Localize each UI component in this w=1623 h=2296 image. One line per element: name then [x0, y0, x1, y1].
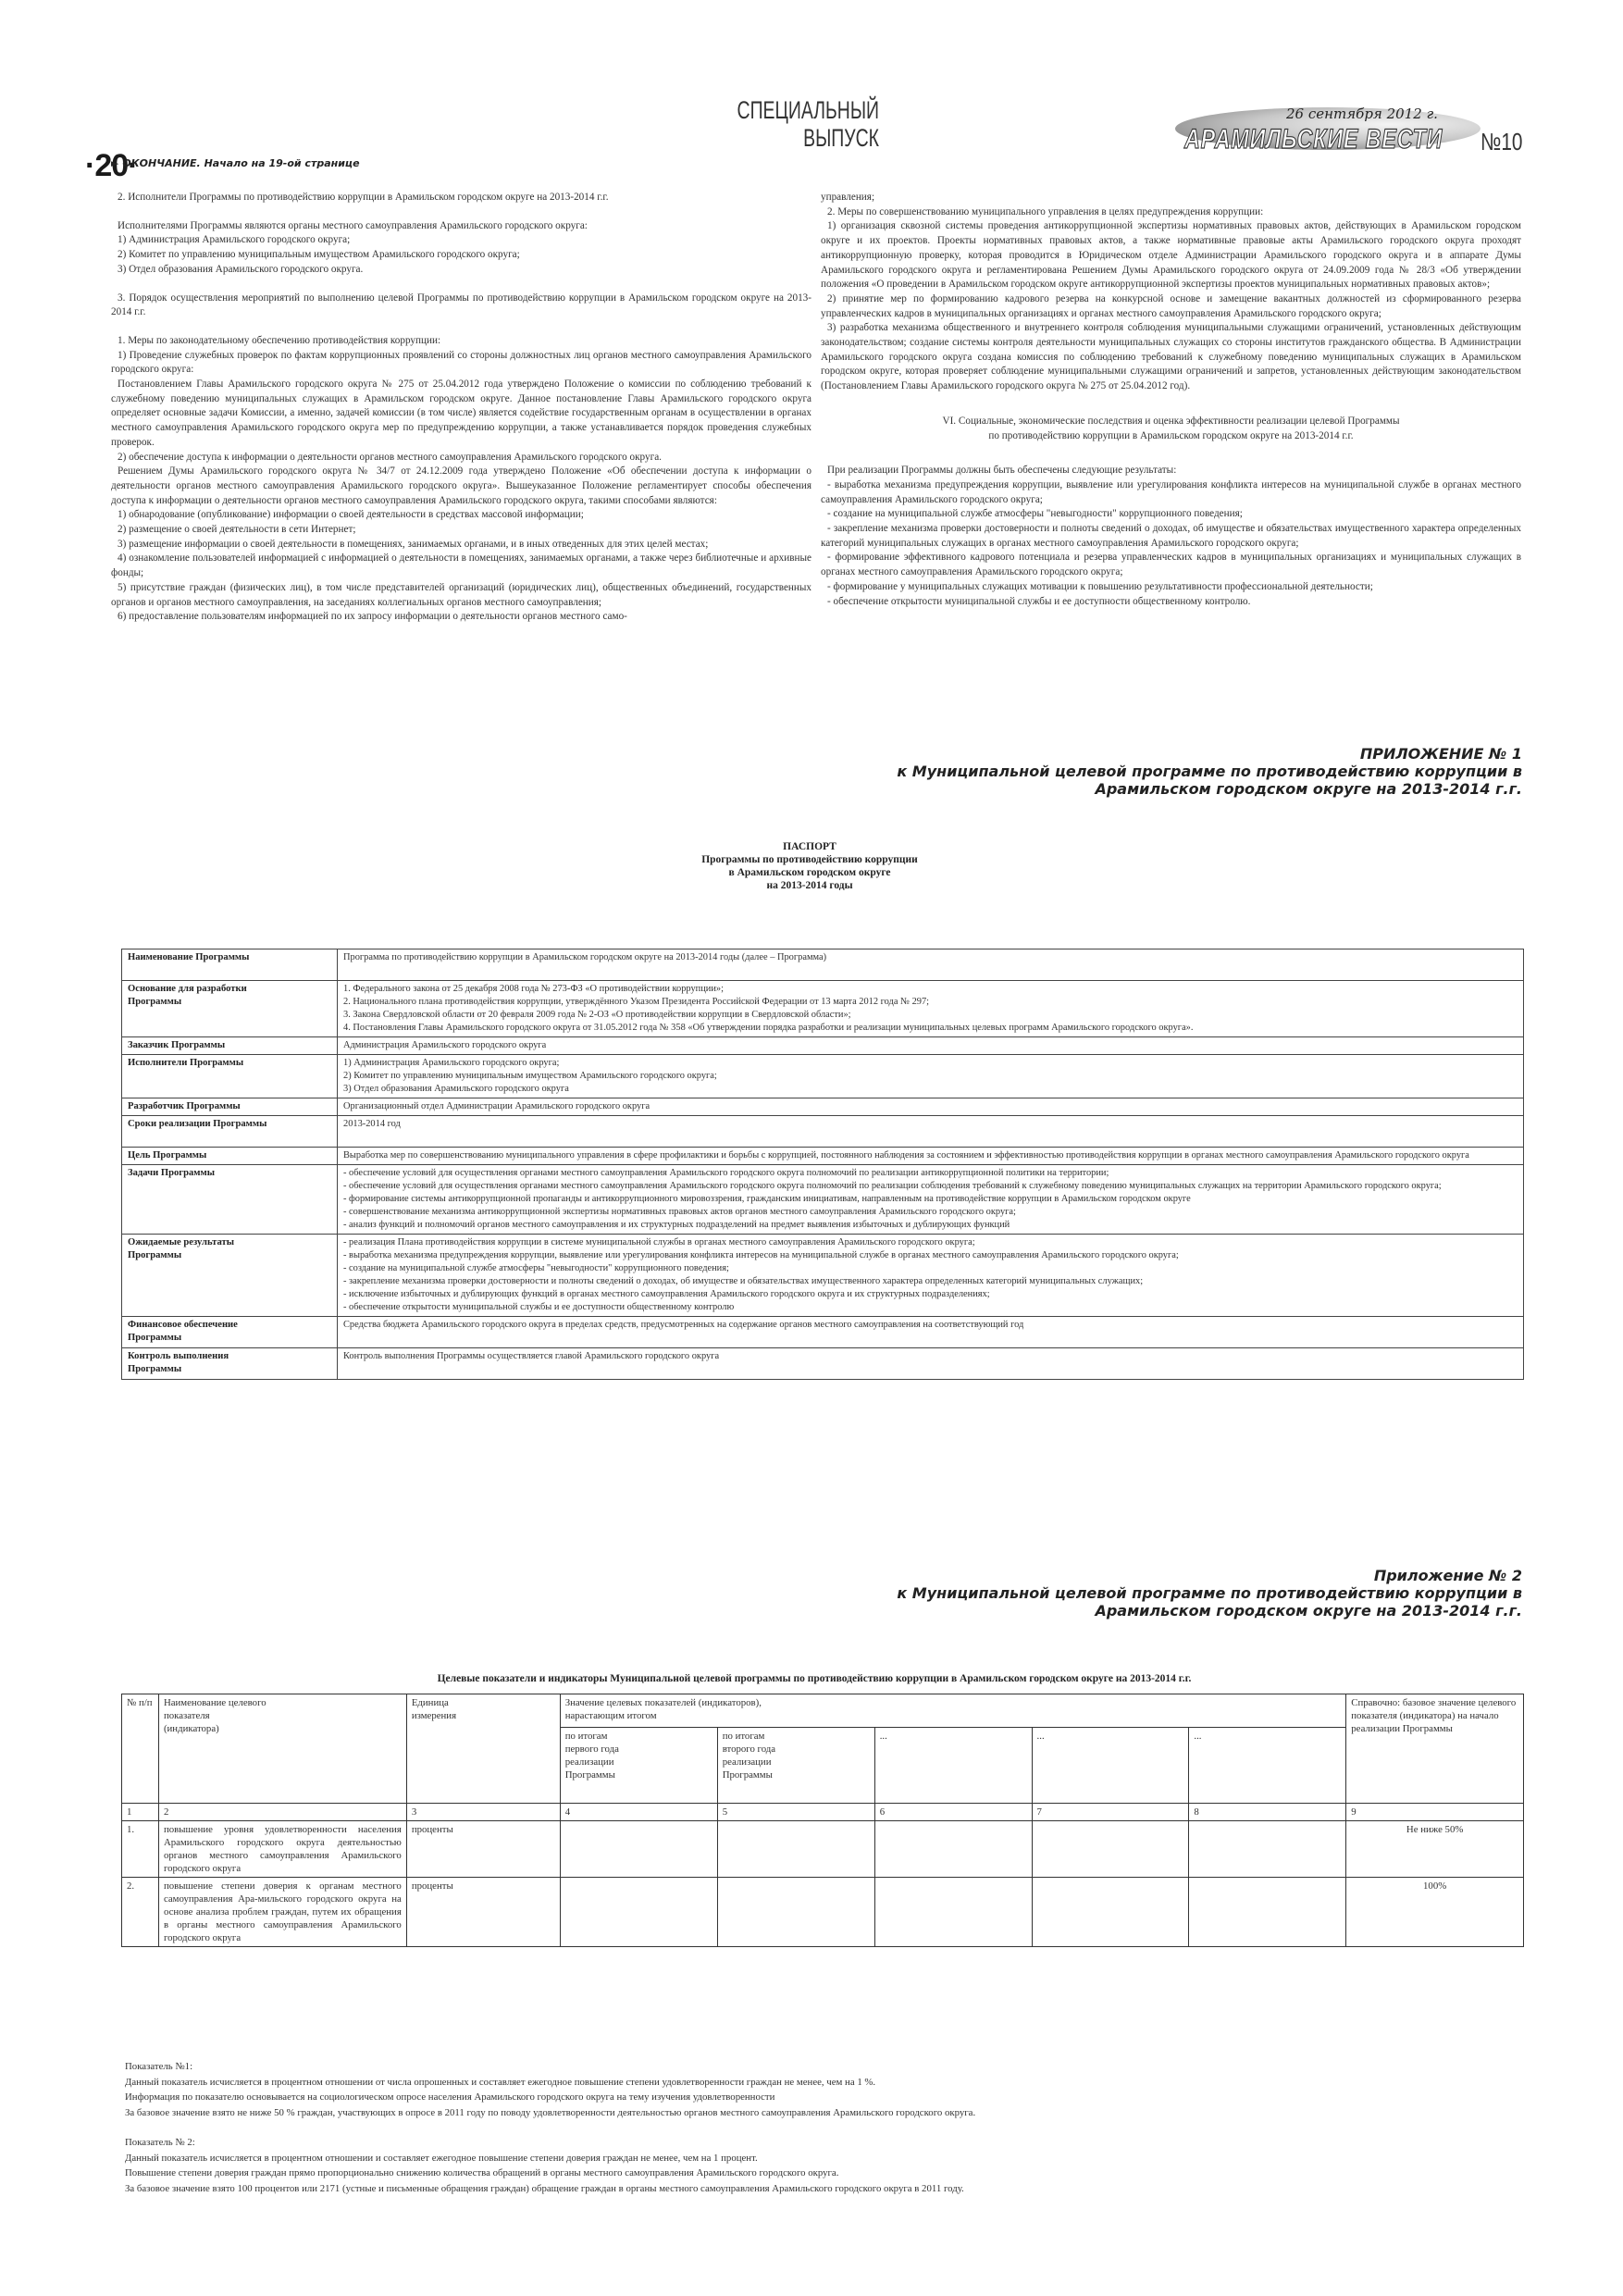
right-paragraph: 2. Меры по совершенствованию муниципальн…	[821, 205, 1521, 220]
passport-value-line: 2) Комитет по управлению муниципальным и…	[343, 1070, 1518, 1083]
column-number-cell: 6	[874, 1804, 1032, 1821]
indicator-name: повышение степени доверия к органам мест…	[158, 1878, 406, 1947]
appendix-1-title: ПРИЛОЖЕНИЕ № 1	[814, 745, 1522, 763]
indicator-value	[1189, 1878, 1346, 1947]
indicator-value	[874, 1821, 1032, 1878]
results-intro: При реализации Программы должны быть обе…	[821, 464, 1521, 478]
left-column: 2. Исполнители Программы по противодейст…	[111, 191, 811, 625]
column-number-cell: 9	[1346, 1804, 1524, 1821]
passport-value-line: Контроль выполнения Программы осуществля…	[343, 1350, 1518, 1363]
indicator-unit: проценты	[406, 1878, 560, 1947]
column-number-cell: 4	[560, 1804, 717, 1821]
passport-value-line: - обеспечение открытости муниципальной с…	[343, 1301, 1518, 1314]
issue-number: №10	[1481, 128, 1522, 156]
note-line: За базовое значение взято 100 процентов …	[125, 2181, 1513, 2197]
passport-row-value: Программа по противодействию коррупции в…	[338, 949, 1524, 981]
left-paragraph: 6) предоставление пользователям информац…	[111, 610, 811, 625]
passport-value-line: - анализ функций и полномочий органов ме…	[343, 1219, 1518, 1232]
sub-header-cell: ...	[1189, 1728, 1346, 1804]
indicator-notes: Показатель №1:Данный показатель исчисляе…	[125, 2059, 1513, 2196]
indicator-unit: проценты	[406, 1821, 560, 1878]
left-paragraph: 4) ознакомление пользователей информацие…	[111, 552, 811, 580]
column-number-cell: 8	[1189, 1804, 1346, 1821]
column-number-cell: 1	[122, 1804, 159, 1821]
passport-row: Наименование ПрограммыПрограмма по проти…	[122, 949, 1524, 981]
left-paragraph: 2) размещение о своей деятельности в сет…	[111, 523, 811, 538]
passport-row-label: Заказчик Программы	[122, 1037, 338, 1055]
header-num: № п/п	[122, 1694, 159, 1804]
left-paragraph: 1) Проведение служебных проверок по факт…	[111, 349, 811, 378]
indicator-value	[1032, 1821, 1189, 1878]
passport-row: Исполнители Программы1) Администрация Ар…	[122, 1055, 1524, 1098]
header-values-group: Значение целевых показателей (индикаторо…	[560, 1694, 1346, 1728]
passport-value-line: - совершенствование механизма антикорруп…	[343, 1206, 1518, 1219]
section-line-2: ВЫПУСК	[733, 124, 879, 152]
passport-value-line: - создание на муниципальной службе атмос…	[343, 1262, 1518, 1275]
indicator-value	[717, 1878, 874, 1947]
column-number-cell: 3	[406, 1804, 560, 1821]
appendix-2-subtitle-2: Арамильском городском округе на 2013-201…	[814, 1602, 1522, 1620]
passport-row: Цель ПрограммыВыработка мер по совершенс…	[122, 1148, 1524, 1165]
passport-row-label: Контроль выполнения Программы	[122, 1348, 338, 1380]
passport-value-line: - обеспечение условий для осуществления …	[343, 1180, 1518, 1193]
appendix-1-subtitle-2: Арамильском городском округе на 2013-201…	[814, 780, 1522, 798]
appendix-2-heading: Приложение № 2 к Муниципальной целевой п…	[814, 1567, 1522, 1620]
left-paragraph: 3. Порядок осуществления мероприятий по …	[111, 292, 811, 320]
passport-value-line: Программа по противодействию коррупции в…	[343, 951, 1518, 964]
sub-header-cell: по итогам второго года реализации Програ…	[717, 1728, 874, 1804]
passport-row-value: Администрация Арамильского городского ок…	[338, 1037, 1524, 1055]
passport-row: Заказчик ПрограммыАдминистрация Арамильс…	[122, 1037, 1524, 1055]
right-paragraph: 2) принятие мер по формированию кадровог…	[821, 292, 1521, 321]
right-column-measures: управления;2. Меры по совершенствованию …	[821, 191, 1521, 394]
indicator-value	[560, 1878, 717, 1947]
indicators-title: Целевые показатели и индикаторы Муниципа…	[120, 1673, 1508, 1684]
passport-row: Сроки реализации Программы2013-2014 год	[122, 1116, 1524, 1148]
passport-row-label: Сроки реализации Программы	[122, 1116, 338, 1148]
passport-row-label: Ожидаемые результаты Программы	[122, 1235, 338, 1317]
note-title: Показатель №1:	[125, 2059, 1513, 2075]
result-item: - создание на муниципальной службе атмос…	[821, 507, 1521, 522]
right-paragraph: 3) разработка механизма общественного и …	[821, 321, 1521, 394]
passport-value-line: 1. Федерального закона от 25 декабря 200…	[343, 983, 1518, 996]
indicator-row: 2.повышение степени доверия к органам ме…	[122, 1878, 1524, 1947]
indicator-value	[560, 1821, 717, 1878]
newspaper-title: АРАМИЛЬСКИЕ ВЕСТИ	[1184, 124, 1443, 155]
passport-row-value: 1. Федерального закона от 25 декабря 200…	[338, 981, 1524, 1037]
passport-row: Разработчик ПрограммыОрганизационный отд…	[122, 1098, 1524, 1116]
appendix-1-heading: ПРИЛОЖЕНИЕ № 1 к Муниципальной целевой п…	[814, 745, 1522, 798]
passport-row-label: Исполнители Программы	[122, 1055, 338, 1098]
result-item: - формирование эффективного кадрового по…	[821, 551, 1521, 579]
header-unit: Единица измерения	[406, 1694, 560, 1804]
passport-row-value: Средства бюджета Арамильского городского…	[338, 1317, 1524, 1348]
passport-row-label: Основание для разработки Программы	[122, 981, 338, 1037]
indicator-row: 1.повышение уровня удовлетворенности нас…	[122, 1821, 1524, 1878]
column-number-cell: 7	[1032, 1804, 1189, 1821]
continued-note: ► ОКОНЧАНИЕ. Начало на 19-ой странице	[111, 157, 360, 169]
left-paragraph: 1) обнародование (опубликование) информа…	[111, 508, 811, 523]
column-number-cell: 2	[158, 1804, 406, 1821]
passport-title-line: ПАСПОРТ	[555, 840, 1064, 853]
header-base: Справочно: базовое значение целевого пок…	[1346, 1694, 1524, 1804]
note-line: Информация по показателю основывается на…	[125, 2090, 1513, 2105]
passport-title-line: на 2013-2014 годы	[555, 879, 1064, 892]
passport-row-label: Разработчик Программы	[122, 1098, 338, 1116]
appendix-2-title: Приложение № 2	[814, 1567, 1522, 1584]
section-line-1: СПЕЦИАЛЬНЫЙ	[733, 96, 879, 124]
left-paragraph: 3) размещение информации о своей деятель…	[111, 538, 811, 552]
continued-bold: ОКОНЧАНИЕ.	[122, 157, 200, 169]
note-title: Показатель № 2:	[125, 2135, 1513, 2151]
passport-value-line: Организационный отдел Администрации Арам…	[343, 1100, 1518, 1113]
sub-header-cell: ...	[874, 1728, 1032, 1804]
passport-row-value: Выработка мер по совершенствованию муниц…	[338, 1148, 1524, 1165]
right-paragraph: управления;	[821, 191, 1521, 205]
left-paragraph: 3) Отдел образования Арамильского городс…	[111, 263, 811, 278]
passport-row-value: Организационный отдел Администрации Арам…	[338, 1098, 1524, 1116]
note-line: Повышение степени доверия граждан прямо …	[125, 2166, 1513, 2181]
issue-date: 26 сентября 2012 г.	[1286, 105, 1438, 122]
left-paragraph: 5) присутствие граждан (физических лиц),…	[111, 581, 811, 610]
left-paragraph: 2) обеспечение доступа к информации о де…	[111, 451, 811, 465]
passport-value-line: Администрация Арамильского городского ок…	[343, 1039, 1518, 1052]
indicator-value	[874, 1878, 1032, 1947]
result-item: - выработка механизма предупреждения кор…	[821, 478, 1521, 507]
passport-value-line: 4. Постановления Главы Арамильского горо…	[343, 1022, 1518, 1035]
passport-row: Финансовое обеспечение ПрограммыСредства…	[122, 1317, 1524, 1348]
indicator-name: повышение уровня удовлетворенности насел…	[158, 1821, 406, 1878]
sub-header-cell: по итогам первого года реализации Програ…	[560, 1728, 717, 1804]
passport-value-line: - выработка механизма предупреждения кор…	[343, 1249, 1518, 1262]
continued-rest: Начало на 19-ой странице	[201, 157, 360, 169]
result-item: - формирование у муниципальных служащих …	[821, 580, 1521, 595]
right-paragraph: 1) организация сквозной системы проведен…	[821, 219, 1521, 292]
passport-row: Ожидаемые результаты Программы- реализац…	[122, 1235, 1524, 1317]
indicator-base: Не ниже 50%	[1346, 1821, 1524, 1878]
left-paragraph: Постановлением Главы Арамильского городс…	[111, 378, 811, 451]
passport-value-line: - реализация Плана противодействия корру…	[343, 1236, 1518, 1249]
passport-value-line: 3. Закона Свердловской области от 20 фев…	[343, 1009, 1518, 1022]
sub-header-cell: ...	[1032, 1728, 1189, 1804]
passport-title: ПАСПОРТПрограммы по противодействию корр…	[555, 840, 1064, 892]
passport-value-line: - исключение избыточных и дублирующих фу…	[343, 1288, 1518, 1301]
passport-row: Основание для разработки Программы1. Фед…	[122, 981, 1524, 1037]
left-paragraph: 1) Администрация Арамильского городского…	[111, 233, 811, 248]
passport-row: Контроль выполнения ПрограммыКонтроль вы…	[122, 1348, 1524, 1380]
passport-value-line: Средства бюджета Арамильского городского…	[343, 1319, 1518, 1332]
passport-row-label: Наименование Программы	[122, 949, 338, 981]
passport-row-label: Финансовое обеспечение Программы	[122, 1317, 338, 1348]
passport-row-value: - реализация Плана противодействия корру…	[338, 1235, 1524, 1317]
indicator-base: 100%	[1346, 1878, 1524, 1947]
passport-value-line: - обеспечение условий для осуществления …	[343, 1167, 1518, 1180]
left-paragraph: Исполнителями Программы являются органы …	[111, 219, 811, 234]
indicator-value	[1032, 1878, 1189, 1947]
column-numbers-row: 123456789	[122, 1804, 1524, 1821]
results-list: - выработка механизма предупреждения кор…	[821, 478, 1521, 609]
section-heading: VI. Социальные, экономические последстви…	[821, 415, 1521, 443]
note-line: Данный показатель исчисляется в процентн…	[125, 2151, 1513, 2166]
result-item: - обеспечение открытости муниципальной с…	[821, 595, 1521, 610]
note-line: За базовое значение взято не ниже 50 % г…	[125, 2105, 1513, 2121]
header-name: Наименование целевого показателя (индика…	[158, 1694, 406, 1804]
passport-title-line: в Арамильском городском округе	[555, 866, 1064, 879]
passport-row: Задачи Программы- обеспечение условий дл…	[122, 1165, 1524, 1235]
passport-value-line: 2. Национального плана противодействия к…	[343, 996, 1518, 1009]
passport-row-value: Контроль выполнения Программы осуществля…	[338, 1348, 1524, 1380]
left-paragraph: 1. Меры по законодательному обеспечению …	[111, 334, 811, 349]
header-row-1: № п/п Наименование целевого показателя (…	[122, 1694, 1524, 1728]
indicator-num: 2.	[122, 1878, 159, 1947]
section-label: СПЕЦИАЛЬНЫЙ ВЫПУСК	[733, 96, 879, 152]
note-line: Данный показатель исчисляется в процентн…	[125, 2075, 1513, 2091]
note-block: Показатель № 2:Данный показатель исчисля…	[125, 2135, 1513, 2196]
indicator-value	[1189, 1821, 1346, 1878]
passport-value-line: - формирование системы антикоррупционной…	[343, 1193, 1518, 1206]
indicators-table: № п/п Наименование целевого показателя (…	[121, 1694, 1524, 1947]
appendix-1-subtitle-1: к Муниципальной целевой программе по про…	[814, 763, 1522, 780]
passport-value-line: Выработка мер по совершенствованию муниц…	[343, 1149, 1518, 1162]
masthead: 26 сентября 2012 г. АРАМИЛЬСКИЕ ВЕСТИ №1…	[1175, 102, 1536, 167]
passport-table: Наименование ПрограммыПрограмма по проти…	[121, 949, 1524, 1380]
result-item: - закрепление механизма проверки достове…	[821, 522, 1521, 551]
left-paragraph: Решением Думы Арамильского городского ок…	[111, 465, 811, 508]
left-paragraph: 2. Исполнители Программы по противодейст…	[111, 191, 811, 205]
right-column: управления;2. Меры по совершенствованию …	[821, 191, 1521, 609]
passport-row-label: Задачи Программы	[122, 1165, 338, 1235]
indicator-num: 1.	[122, 1821, 159, 1878]
passport-row-label: Цель Программы	[122, 1148, 338, 1165]
passport-row-value: 1) Администрация Арамильского городского…	[338, 1055, 1524, 1098]
note-block: Показатель №1:Данный показатель исчисляе…	[125, 2059, 1513, 2120]
left-paragraph: 2) Комитет по управлению муниципальным и…	[111, 248, 811, 263]
passport-row-value: - обеспечение условий для осуществления …	[338, 1165, 1524, 1235]
passport-row-value: 2013-2014 год	[338, 1116, 1524, 1148]
passport-value-line: 2013-2014 год	[343, 1118, 1518, 1131]
passport-value-line: - закрепление механизма проверки достове…	[343, 1275, 1518, 1288]
column-number-cell: 5	[717, 1804, 874, 1821]
appendix-2-subtitle-1: к Муниципальной целевой программе по про…	[814, 1584, 1522, 1602]
passport-value-line: 3) Отдел образования Арамильского городс…	[343, 1083, 1518, 1096]
triangle-right-icon: ►	[111, 157, 118, 169]
indicator-value	[717, 1821, 874, 1878]
passport-value-line: 1) Администрация Арамильского городского…	[343, 1057, 1518, 1070]
passport-title-line: Программы по противодействию коррупции	[555, 853, 1064, 866]
